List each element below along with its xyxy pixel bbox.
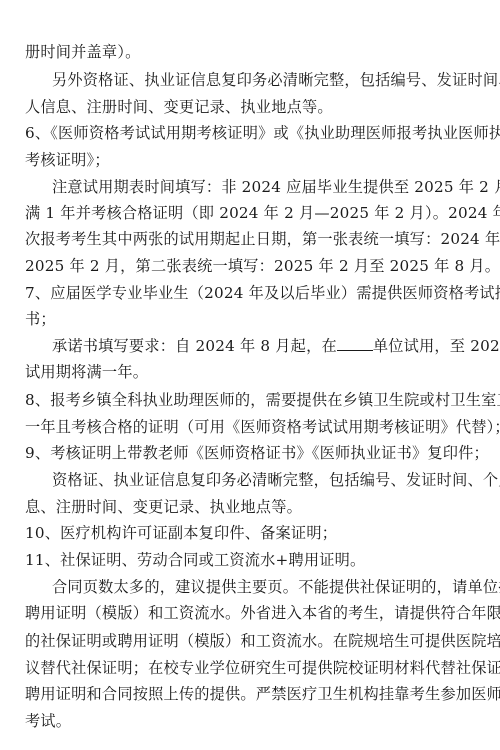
- document-page: 册时间并盖章）。 另外资格证、执业证信息复印务必清晰完整，包括编号、发证时间、个…: [0, 0, 500, 750]
- item-9-note-line-2: 息、注册时间、变更记录、执业地点等。: [25, 497, 485, 517]
- item-7-heading: 7、应届医学专业毕业生（2024 年及以后毕业）需提供医师资格考试报考承诺: [25, 283, 485, 303]
- item-9-heading: 9、考核证明上带教老师《医师资格证书》《医师执业证书》复印件；: [25, 443, 485, 463]
- item-7-pledge-cont: 试用期将满一年。: [25, 362, 485, 382]
- item-11-note-line-2: 聘用证明（模版）和工资流水。外省进入本省的考生，请提供符合年限要求: [25, 603, 485, 623]
- item-11-heading: 11、社保证明、劳动合同或工资流水+聘用证明。: [25, 550, 485, 570]
- item-11-note-line-6: 考试。: [25, 711, 485, 731]
- fill-in-blank: [337, 336, 373, 351]
- item-6-note-line-3: 次报考考生其中两张的试用期起止日期，第一张表统一填写：2024 年 8 月至: [25, 229, 485, 249]
- item-6-heading-cont: 考核证明》；: [25, 150, 485, 170]
- text-line-1: 册时间并盖章）。: [25, 42, 485, 62]
- item-11-note-line-3: 的社保证明或聘用证明（模版）和工资流水。在院规培生可提供医院培训协: [25, 631, 485, 651]
- item-6-note-line-1: 注意试用期表时间填写：非 2024 应届毕业生提供至 2025 年 2 月试用期: [52, 177, 485, 197]
- item-6-heading: 6、《医师资格考试试用期考核证明》或《执业助理医师报考执业医师执业期: [25, 123, 485, 143]
- item-7-heading-cont: 书；: [25, 309, 485, 329]
- item-11-note-line-5: 聘用证明和合同按照上传的提供。严禁医疗卫生机构挂靠考生参加医师资格: [25, 684, 485, 704]
- item-9-note-line-1: 资格证、执业证信息复印务必清晰完整，包括编号、发证时间、个人信: [52, 470, 485, 490]
- item-8-heading-cont: 一年且考核合格的证明（可用《医师资格考试试用期考核证明》代替）；: [25, 417, 485, 437]
- text-line-3: 人信息、注册时间、变更记录、执业地点等。: [25, 97, 485, 117]
- item-6-note-line-4: 2025 年 2 月，第二张表统一填写：2025 年 2 月至 2025 年 8…: [25, 256, 485, 276]
- item-11-note-line-4: 议替代社保证明；在校专业学位研究生可提供院校证明材料代替社保证明。: [25, 658, 485, 678]
- pledge-text-after: 单位试用，至 2025 年 8 月: [373, 337, 500, 355]
- item-6-note-line-2: 满 1 年并考核合格证明（即 2024 年 2 月—2025 年 2 月）。20…: [25, 203, 485, 223]
- item-7-pledge-line: 承诺书填写要求：自 2024 年 8 月起，在单位试用，至 2025 年 8 月: [52, 336, 485, 356]
- pledge-text-before: 承诺书填写要求：自 2024 年 8 月起，在: [52, 337, 337, 355]
- text-line-2: 另外资格证、执业证信息复印务必清晰完整，包括编号、发证时间、个: [52, 70, 485, 90]
- item-10-heading: 10、医疗机构许可证副本复印件、备案证明；: [25, 523, 485, 543]
- item-11-note-line-1: 合同页数太多的，建议提供主要页。不能提供社保证明的，请单位提供: [52, 577, 485, 597]
- item-8-heading: 8、报考乡镇全科执业助理医师的，需要提供在乡镇卫生院或村卫生室工作满: [25, 390, 485, 410]
